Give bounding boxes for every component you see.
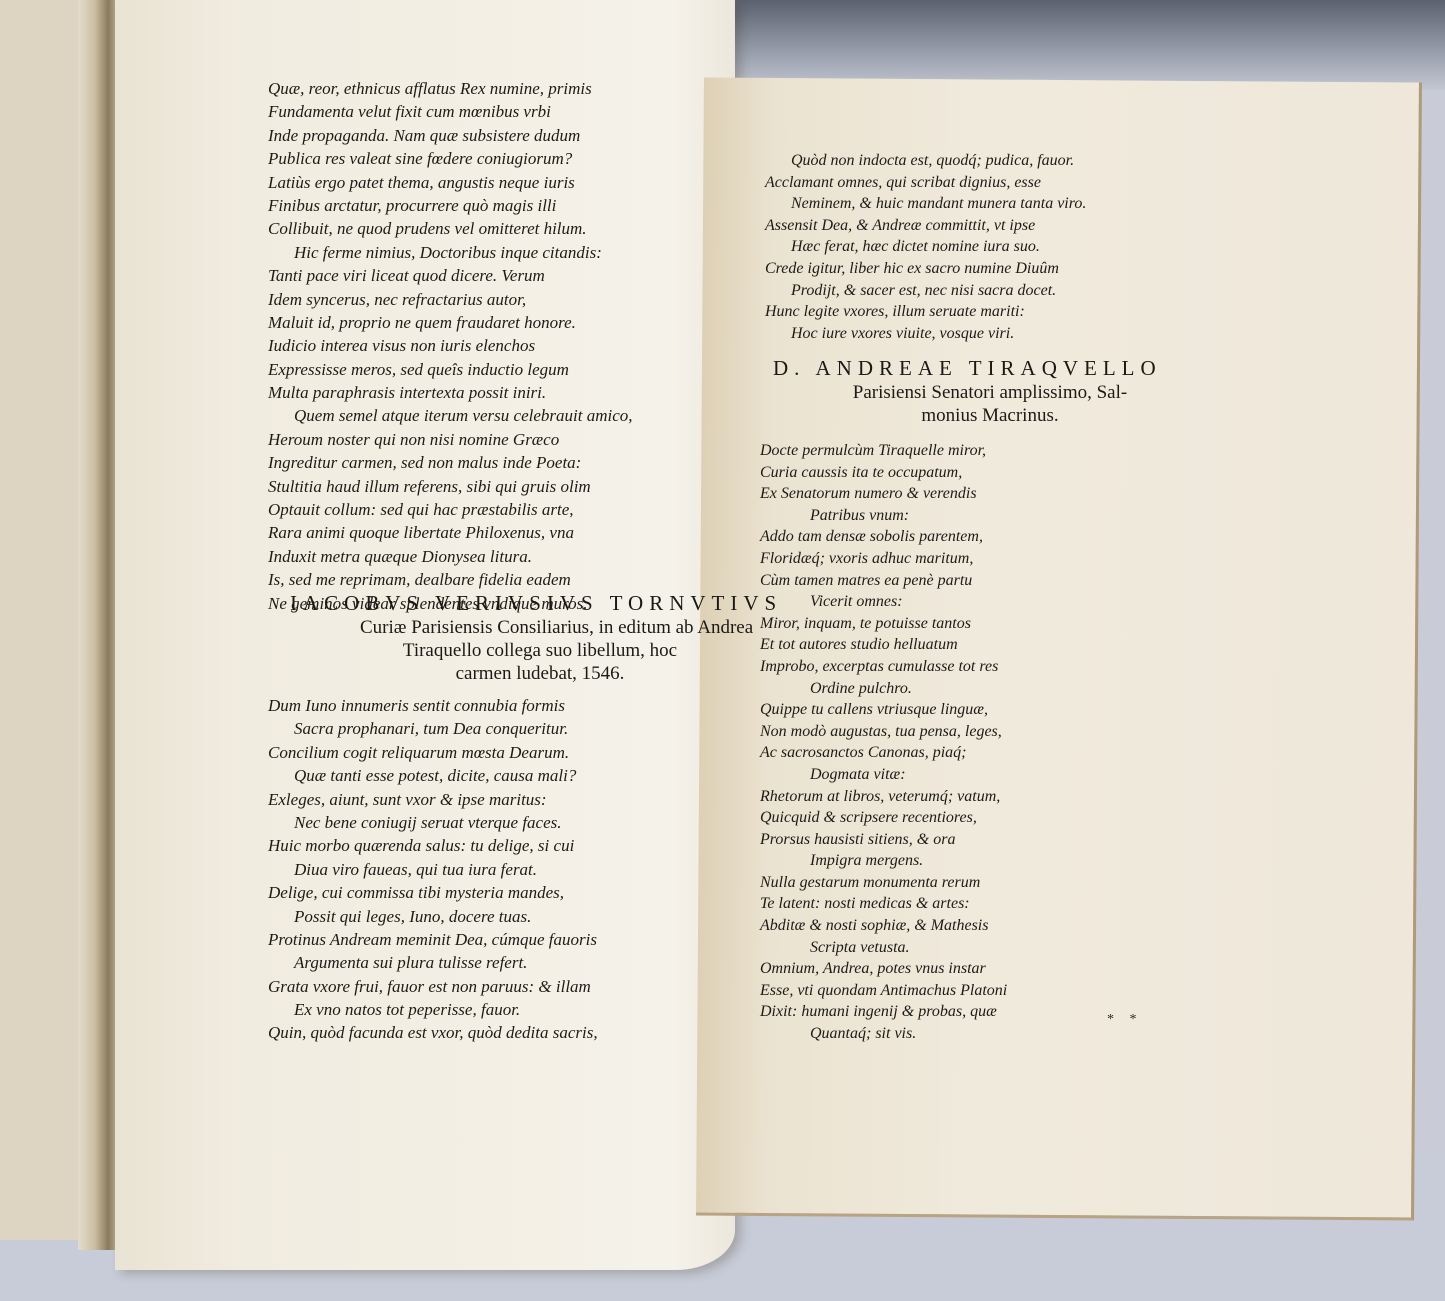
verse-line: Latiùs ergo patet thema, angustis neque … [268,171,633,194]
verse-line: Hoc iure vxores viuite, vosque viri. [765,323,1086,345]
verse-line: Diua viro faueas, qui tua iura ferat. [268,858,598,881]
subheading-line: Parisiensi Senatori amplissimo, Sal- [830,381,1150,404]
verse-line: Quem semel atque iterum versu celebrauit… [268,404,633,427]
verse-line: Rara animi quoque libertate Philoxenus, … [268,521,633,544]
verse-line: Optauit collum: sed qui hac præstabilis … [268,498,633,521]
verse-line: Addo tam densæ sobolis parentem, [760,526,1007,548]
verse-line: Stultitia haud illum referens, sibi qui … [268,475,633,498]
verse-line: Huic morbo quærenda salus: tu delige, si… [268,834,598,857]
right-poem-1: Quòd non indocta est, quodq́; pudica, fa… [765,150,1086,344]
verse-line: Is, sed me reprimam, dealbare fidelia ea… [268,568,633,591]
verse-line: Publica res valeat sine fœdere coniugior… [268,147,633,170]
verse-line: Quæ, reor, ethnicus afflatus Rex numine,… [268,77,633,100]
subheading-line: carmen ludebat, 1546. [360,662,720,685]
verse-line: Crede igitur, liber hic ex sacro numine … [765,258,1086,280]
verse-line: Dixit: humani ingenij & probas, quæ [760,1001,1007,1023]
verse-line: Inde propaganda. Nam quæ subsistere dudu… [268,124,633,147]
verse-line: Quòd non indocta est, quodq́; pudica, fa… [765,150,1086,172]
verse-line: Scripta vetusta. [760,937,1007,959]
verse-line: Vicerit omnes: [760,591,1007,613]
verse-line: Impigra mergens. [760,850,1007,872]
verse-line: Ingreditur carmen, sed non malus inde Po… [268,451,633,474]
left-heading: IACOBVS VERIVSIVS TORNVTIVS [290,591,782,616]
verse-line: Quin, quòd facunda est vxor, quòd dedita… [268,1021,598,1044]
verse-line: Dum Iuno innumeris sentit connubia formi… [268,694,598,717]
right-heading: D. ANDREAE TIRAQVELLO [773,356,1162,381]
verse-line: Rhetorum at libros, veterumq́; vatum, [760,786,1007,808]
verse-line: Prodijt, & sacer est, nec nisi sacra doc… [765,280,1086,302]
verse-line: Hic ferme nimius, Doctoribus inque citan… [268,241,633,264]
subheading-line: Curiæ Parisiensis Consiliarius, in editu… [360,616,720,639]
verse-line: Maluit id, proprio ne quem fraudaret hon… [268,311,633,334]
verse-line: Idem syncerus, nec refractarius autor, [268,288,633,311]
verse-line: Protinus Andream meminit Dea, cúmque fau… [268,928,598,951]
verse-line: Te latent: nosti medicas & artes: [760,893,1007,915]
verse-line: Finibus arctatur, procurrere quò magis i… [268,194,633,217]
verse-line: Improbo, excerptas cumulasse tot res [760,656,1007,678]
verse-line: Collibuit, ne quod prudens vel omitteret… [268,217,633,240]
verse-line: Cùm tamen matres ea penè partu [760,570,1007,592]
left-poem-1: Quæ, reor, ethnicus afflatus Rex numine,… [268,77,633,615]
verse-line: Neminem, & huic mandant munera tanta vir… [765,193,1086,215]
right-poem-2: Docte permulcùm Tiraquelle miror,Curia c… [760,440,1007,1045]
verse-line: Nec bene coniugij seruat vterque faces. [268,811,598,834]
verse-line: Ac sacrosanctos Canonas, piaq́; [760,742,1007,764]
verse-line: Ex Senatorum numero & verendis [760,483,1007,505]
verse-line: Possit qui leges, Iuno, docere tuas. [268,905,598,928]
verse-line: Grata vxore frui, fauor est non paruus: … [268,975,598,998]
verse-line: Abditæ & nosti sophiæ, & Mathesis [760,915,1007,937]
verse-line: Fundamenta velut fixit cum mœnibus vrbi [268,100,633,123]
verse-line: Concilium cogit reliquarum mœsta Dearum. [268,741,598,764]
verse-line: Delige, cui commissa tibi mysteria mande… [268,881,598,904]
verse-line: Quicquid & scripsere recentiores, [760,807,1007,829]
verse-line: Acclamant omnes, qui scribat dignius, es… [765,172,1086,194]
verse-line: Et tot autores studio helluatum [760,634,1007,656]
verse-line: Prorsus hausisti sitiens, & ora [760,829,1007,851]
verse-line: Quantaq́; sit vis. [760,1023,1007,1045]
verse-line: Exleges, aiunt, sunt vxor & ipse maritus… [268,788,598,811]
verse-line: Argumenta sui plura tulisse refert. [268,951,598,974]
verse-line: Docte permulcùm Tiraquelle miror, [760,440,1007,462]
verse-line: Iudicio interea visus non iuris elenchos [268,334,633,357]
left-subheading: Curiæ Parisiensis Consiliarius, in editu… [360,616,720,685]
verse-line: Heroum noster qui non nisi nomine Græco [268,428,633,451]
verse-line: Patribus vnum: [760,505,1007,527]
verse-line: Floridæq́; vxoris adhuc maritum, [760,548,1007,570]
verse-line: Curia caussis ita te occupatum, [760,462,1007,484]
verse-line: Omnium, Andrea, potes vnus instar [760,958,1007,980]
subheading-line: Tiraquello collega suo libellum, hoc [360,639,720,662]
right-subheading: Parisiensi Senatori amplissimo, Sal-moni… [830,381,1150,427]
verse-line: Ordine pulchro. [760,678,1007,700]
subheading-line: monius Macrinus. [830,404,1150,427]
verse-line: Quæ tanti esse potest, dicite, causa mal… [268,764,598,787]
verse-line: Hunc legite vxores, illum seruate mariti… [765,301,1086,323]
verse-line: Multa paraphrasis intertexta possit inir… [268,381,633,404]
verse-line: Hæc ferat, hæc dictet nomine iura suo. [765,236,1086,258]
verse-line: Expressisse meros, sed queîs inductio le… [268,358,633,381]
verse-line: Sacra prophanari, tum Dea conqueritur. [268,717,598,740]
verse-line: Dogmata vitæ: [760,764,1007,786]
show-through-text [1113,150,1117,172]
signature-mark: * * [1107,1012,1143,1028]
book-front-cover [0,0,82,1240]
verse-line: Induxit metra quæque Dionysea litura. [268,545,633,568]
verse-line: Ex vno natos tot peperisse, fauor. [268,998,598,1021]
verse-line: Miror, inquam, te potuisse tantos [760,613,1007,635]
verse-line: Quippe tu callens vtriusque linguæ, [760,699,1007,721]
verse-line: Non modò augustas, tua pensa, leges, [760,721,1007,743]
verse-line: Assensit Dea, & Andreæ committit, vt ips… [765,215,1086,237]
verse-line: Esse, vti quondam Antimachus Platoni [760,980,1007,1002]
verse-line: Nulla gestarum monumenta rerum [760,872,1007,894]
verse-line: Tanti pace viri liceat quod dicere. Veru… [268,264,633,287]
left-poem-2: Dum Iuno innumeris sentit connubia formi… [268,694,598,1045]
